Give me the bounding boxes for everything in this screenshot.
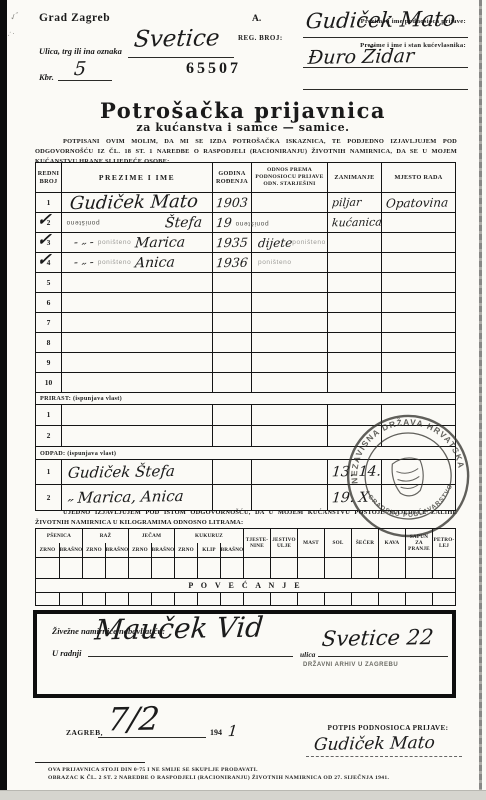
workplace-handwritten: Opatovina [385, 195, 449, 210]
row-number: 1 [36, 410, 61, 419]
odpad-name-handwritten: Gudiček Štefa [61, 462, 176, 482]
ditto-mark: - ˶ - [73, 235, 94, 250]
col-header-mjesto-rada: MJESTO RADA [394, 174, 442, 182]
col-header-redni-broj: REDNI BROJ [36, 170, 61, 186]
footnote-1: OVA PRIJAVNICA STOJI DIN 0·75 I NE SMIJE… [48, 767, 448, 773]
year-handwritten: 1936 [215, 255, 248, 271]
city-name: Grad Zagreb [39, 12, 110, 24]
purchase-street-handwritten: Svetice 22 [321, 625, 435, 651]
row-number: 6 [36, 298, 61, 307]
person-row: 2✓ poništenoŠtefa 19poništeno kućanica [36, 212, 455, 232]
sub-header: KLIP [197, 543, 220, 557]
single-header: JESTIVO ULJE [270, 529, 297, 557]
person-row: 7 [36, 312, 455, 332]
check-mark: ✓ [36, 210, 52, 230]
purchase-street-label: ulica [300, 650, 315, 659]
reg-number-label: REG. BROJ: [238, 34, 283, 42]
sub-header: BRAŠNO [220, 543, 243, 557]
section-letter: A. [252, 14, 261, 24]
name-handwritten: Anica [135, 254, 176, 271]
cancel-stamp: poništeno [98, 259, 132, 266]
cancel-stamp: poništeno [98, 239, 132, 246]
kbr-label: Kbr. [39, 72, 54, 82]
shop-label: U radnji [52, 648, 82, 658]
group-header: RAŽ [82, 529, 128, 543]
group-header: JEČAM [128, 529, 174, 543]
increase-band: P O V E Ć A N J E [36, 578, 455, 592]
single-header: SAPUN ZA PRANJE [405, 529, 432, 557]
relation-handwritten: dijete [257, 235, 293, 250]
person-row: 10 [36, 372, 455, 392]
supplies-empty-row [36, 592, 455, 605]
name-handwritten: Gudiček Mato [69, 191, 199, 214]
year-printed: 194 [210, 728, 222, 737]
pencil-mark: ·˙· [6, 29, 17, 40]
person-row: 3✓ - ˶ -poništenoMarica 1935 dijeteponiš… [36, 232, 455, 252]
single-header: TJESTE- NINE [243, 529, 270, 557]
row-number: 9 [36, 358, 61, 367]
single-header: PETRO- LEJ [432, 529, 455, 557]
row-number: 1 [36, 467, 61, 476]
form-subtitle: za kućanstva i samce — samice. [0, 121, 486, 134]
occupation-handwritten: kućanica [331, 216, 382, 230]
archive-stamp: DRŽAVNI ARHIV U ZAGREBU [303, 662, 398, 668]
row-number: 5 [36, 278, 61, 287]
sub-header: BRAŠNO [59, 543, 82, 557]
odpad-label: ODPAD: (ispunjava vlast) [40, 450, 116, 457]
pencil-mark: ✓˝ [9, 11, 21, 23]
signature-label: POTPIS PODNOSIOCA PRIJAVE: [320, 724, 456, 732]
row-number: 2 [36, 493, 61, 502]
signature-handwritten: Gudiček Mato [313, 733, 436, 755]
applicant-handwritten: Gudiček Mato [305, 7, 457, 34]
footnote-rule [35, 762, 145, 763]
cancel-stamp: poništeno [258, 259, 292, 266]
row-number: 8 [36, 338, 61, 347]
single-header: MAST [297, 529, 324, 557]
scan-edge-bottom [0, 790, 486, 800]
sub-header: ZRNO [36, 543, 59, 557]
supplies-table: PŠENICA RAŽ JEČAM KUKURUZ ZRNO BRAŠNO ZR… [35, 528, 456, 606]
name-handwritten: Štefa [164, 214, 202, 231]
check-mark: ✓ [36, 230, 52, 250]
reg-number-value: 65507 [186, 60, 241, 78]
date-handwritten: 7/2 [106, 700, 161, 739]
row-number: 1 [36, 198, 61, 207]
sub-header: BRAŠNO [151, 543, 174, 557]
year-handwritten: 19 [215, 215, 232, 230]
person-row: 5 [36, 272, 455, 292]
single-header: ŠEĆER [351, 529, 378, 557]
street-handwritten: Svetice [133, 25, 221, 52]
declaration-paragraph-2: UJEDNO IZJAVLJUJEM POD ISTOM ODGOVORNOŠĆ… [35, 508, 457, 528]
row-number: 7 [36, 318, 61, 327]
sub-header: ZRNO [174, 543, 197, 557]
shop-underline [88, 640, 293, 657]
row-number: 2 [36, 431, 61, 440]
scanned-form-page: ✓˝ ·˙· Grad Zagreb A. REG. BROJ: 65507 U… [0, 0, 486, 800]
year-handwritten: 1935 [215, 235, 248, 251]
odpad-name-handwritten: ˶ Marica, Anica [61, 487, 184, 508]
cancel-stamp: poništeno [235, 220, 269, 227]
year-handwritten: 1903 [215, 195, 248, 211]
occupation-handwritten: piljar [331, 196, 362, 210]
sub-header: BRAŠNO [105, 543, 128, 557]
single-header: KAVA [378, 529, 405, 557]
stamp-emblem [390, 456, 426, 498]
group-header: KUKURUZ [174, 529, 243, 543]
name-handwritten: Marica [135, 234, 187, 251]
cancel-stamp: poništeno [292, 239, 326, 246]
person-row: 9 [36, 352, 455, 372]
col-header-odnos: ODNOS PREMA PODNOSIOCU PRIJAVE ODN. STAR… [252, 167, 327, 188]
ditto-mark: - ˶ - [73, 255, 94, 270]
persons-table-header-row: REDNI BROJ PREZIME I IME GODINA ROĐENJA … [36, 163, 455, 192]
cancel-stamp: poništeno [66, 219, 100, 226]
street-label: Ulica, trg ili ina oznaka [39, 46, 122, 56]
person-row: 1 Gudiček Mato 1903 piljar Opatovina [36, 192, 455, 212]
footnote-2: OBRAZAC K ČL. 2 ST. 2 NAREDBE O RASPODJE… [48, 775, 458, 781]
persons-table: REDNI BROJ PREZIME I IME GODINA ROĐENJA … [35, 162, 456, 393]
col-header-prezime-ime: PREZIME I IME [99, 173, 175, 182]
kbr-handwritten: 5 [73, 58, 87, 80]
year-handwritten: 1 [227, 722, 238, 740]
form-title: Potrošačka prijavnica [0, 98, 486, 123]
sub-header: ZRNO [82, 543, 105, 557]
prirast-label: PRIRAST: (ispunjava vlast) [40, 395, 122, 402]
person-row: 4✓ - ˶ -poništenoAnica 1936 poništeno [36, 252, 455, 272]
check-mark: ✓ [36, 250, 52, 270]
row-number: 10 [36, 378, 61, 387]
supplies-empty-row [36, 557, 455, 578]
person-row: 6 [36, 292, 455, 312]
person-row: 8 [36, 332, 455, 352]
owner-handwritten: Đuro Židar [307, 45, 415, 69]
col-header-godina: GODINA ROĐENJA [213, 170, 251, 186]
group-header: PŠENICA [36, 529, 82, 543]
sub-header: ZRNO [128, 543, 151, 557]
col-header-zanimanje: ZANIMANJE [334, 174, 374, 182]
spare-underline [303, 74, 468, 90]
single-header: SOL [324, 529, 351, 557]
